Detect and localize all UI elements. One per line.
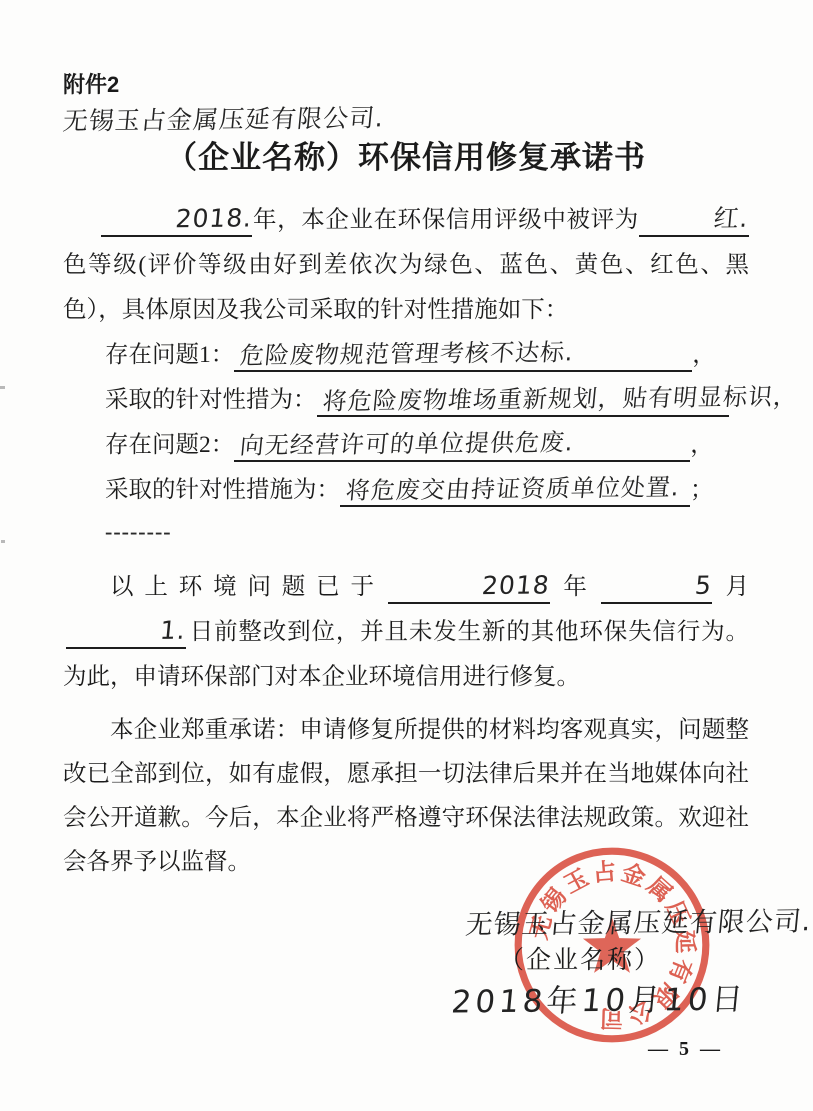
document-content: 附件2 无锡玉占金属压延有限公司. （企业名称）环保信用修复承诺书 2018.年… [63, 72, 749, 884]
measure2-label: 采取的针对性措施为： [105, 477, 340, 503]
intro-paragraph: 2018.年，本企业在环保信用评级中被评为红.色等级(评价等级由好到差依次为绿色… [63, 198, 749, 333]
scanned-document-page: 附件2 无锡玉占金属压延有限公司. （企业名称）环保信用修复承诺书 2018.年… [0, 0, 813, 1111]
problem1-blank: 危险废物规范管理考核不达标. [234, 339, 692, 372]
measure2-handwritten: 将危废交由持证资质单位处置. [344, 472, 681, 505]
blank-rectify-day: 1. [66, 616, 186, 649]
rectification-prefix: 以上环境问题已于 [110, 574, 385, 600]
problem2-blank: 向无经营许可的单位提供危废. [234, 429, 690, 462]
rectify-month-handwritten: 5 [646, 571, 713, 602]
measure2-blank: 将危废交由持证资质单位处置. [340, 474, 690, 507]
measure1-blank: 将危险废物堆场重新规划，贴有明显标识， [317, 384, 729, 417]
document-title: （企业名称）环保信用修复承诺书 [63, 138, 749, 178]
company-name-handwritten: 无锡玉占金属压延有限公司. [61, 102, 385, 137]
blank-rectify-month: 5 [601, 571, 712, 604]
problem1-label: 存在问题1： [105, 342, 234, 368]
problem1-suffix: ， [692, 342, 716, 368]
problem2-handwritten: 向无经营许可的单位提供危废. [239, 427, 576, 460]
signature-company-handwritten: 无锡玉占金属压延有限公司. [464, 899, 813, 942]
measure2-suffix: ； [690, 477, 714, 503]
ellipsis-line: -------- [63, 513, 749, 551]
blank-rating-year: 2018. [101, 204, 253, 237]
rectify-year-handwritten: 2018 [433, 570, 551, 601]
problem2-label: 存在问题2： [105, 432, 234, 458]
problem1-handwritten: 危险废物规范管理考核不达标. [239, 337, 576, 370]
signature-company-label: （企业名称） [499, 940, 661, 976]
measure1-handwritten: 将危险废物堆场重新规划，贴有明显标识， [321, 382, 799, 417]
signature-date-handwritten: 2018年10月10日 [450, 973, 749, 1021]
measure1-label: 采取的针对性措为： [105, 387, 317, 413]
problem2-line: 存在问题2：向无经营许可的单位提供危废.， [63, 423, 749, 468]
measure1-line: 采取的针对性措为：将危险废物堆场重新规划，贴有明显标识， [63, 378, 749, 423]
rating-grade-handwritten: 红. [675, 204, 750, 235]
month-unit: 月 [715, 574, 749, 600]
attachment-label: 附件2 [63, 72, 749, 98]
problem1-line: 存在问题1：危险废物规范管理考核不达标.， [63, 333, 749, 378]
problem2-suffix: ， [690, 432, 714, 458]
year-unit: 年 [553, 574, 598, 600]
scan-artifact [0, 386, 5, 389]
rectification-paragraph: 以上环境问题已于2018年5月1.日前整改到位，并且未发生新的其他环保失信行为。… [63, 565, 749, 700]
intro-text-after-year: 年，本企业在环保信用评级中被评为 [252, 207, 639, 233]
blank-rectify-year: 2018 [388, 571, 550, 604]
intro-text-after-grade: 色等级(评价等级由好到差依次为绿色、蓝色、黄色、红色、黑色），具体原因及我公司采… [63, 252, 749, 323]
rectify-day-handwritten: 1. [112, 616, 188, 647]
measure2-line: 采取的针对性措施为：将危废交由持证资质单位处置.； [63, 468, 749, 513]
blank-rating-grade: 红. [639, 204, 749, 237]
rating-year-handwritten: 2018. [137, 203, 254, 234]
scan-artifact [1, 540, 5, 543]
